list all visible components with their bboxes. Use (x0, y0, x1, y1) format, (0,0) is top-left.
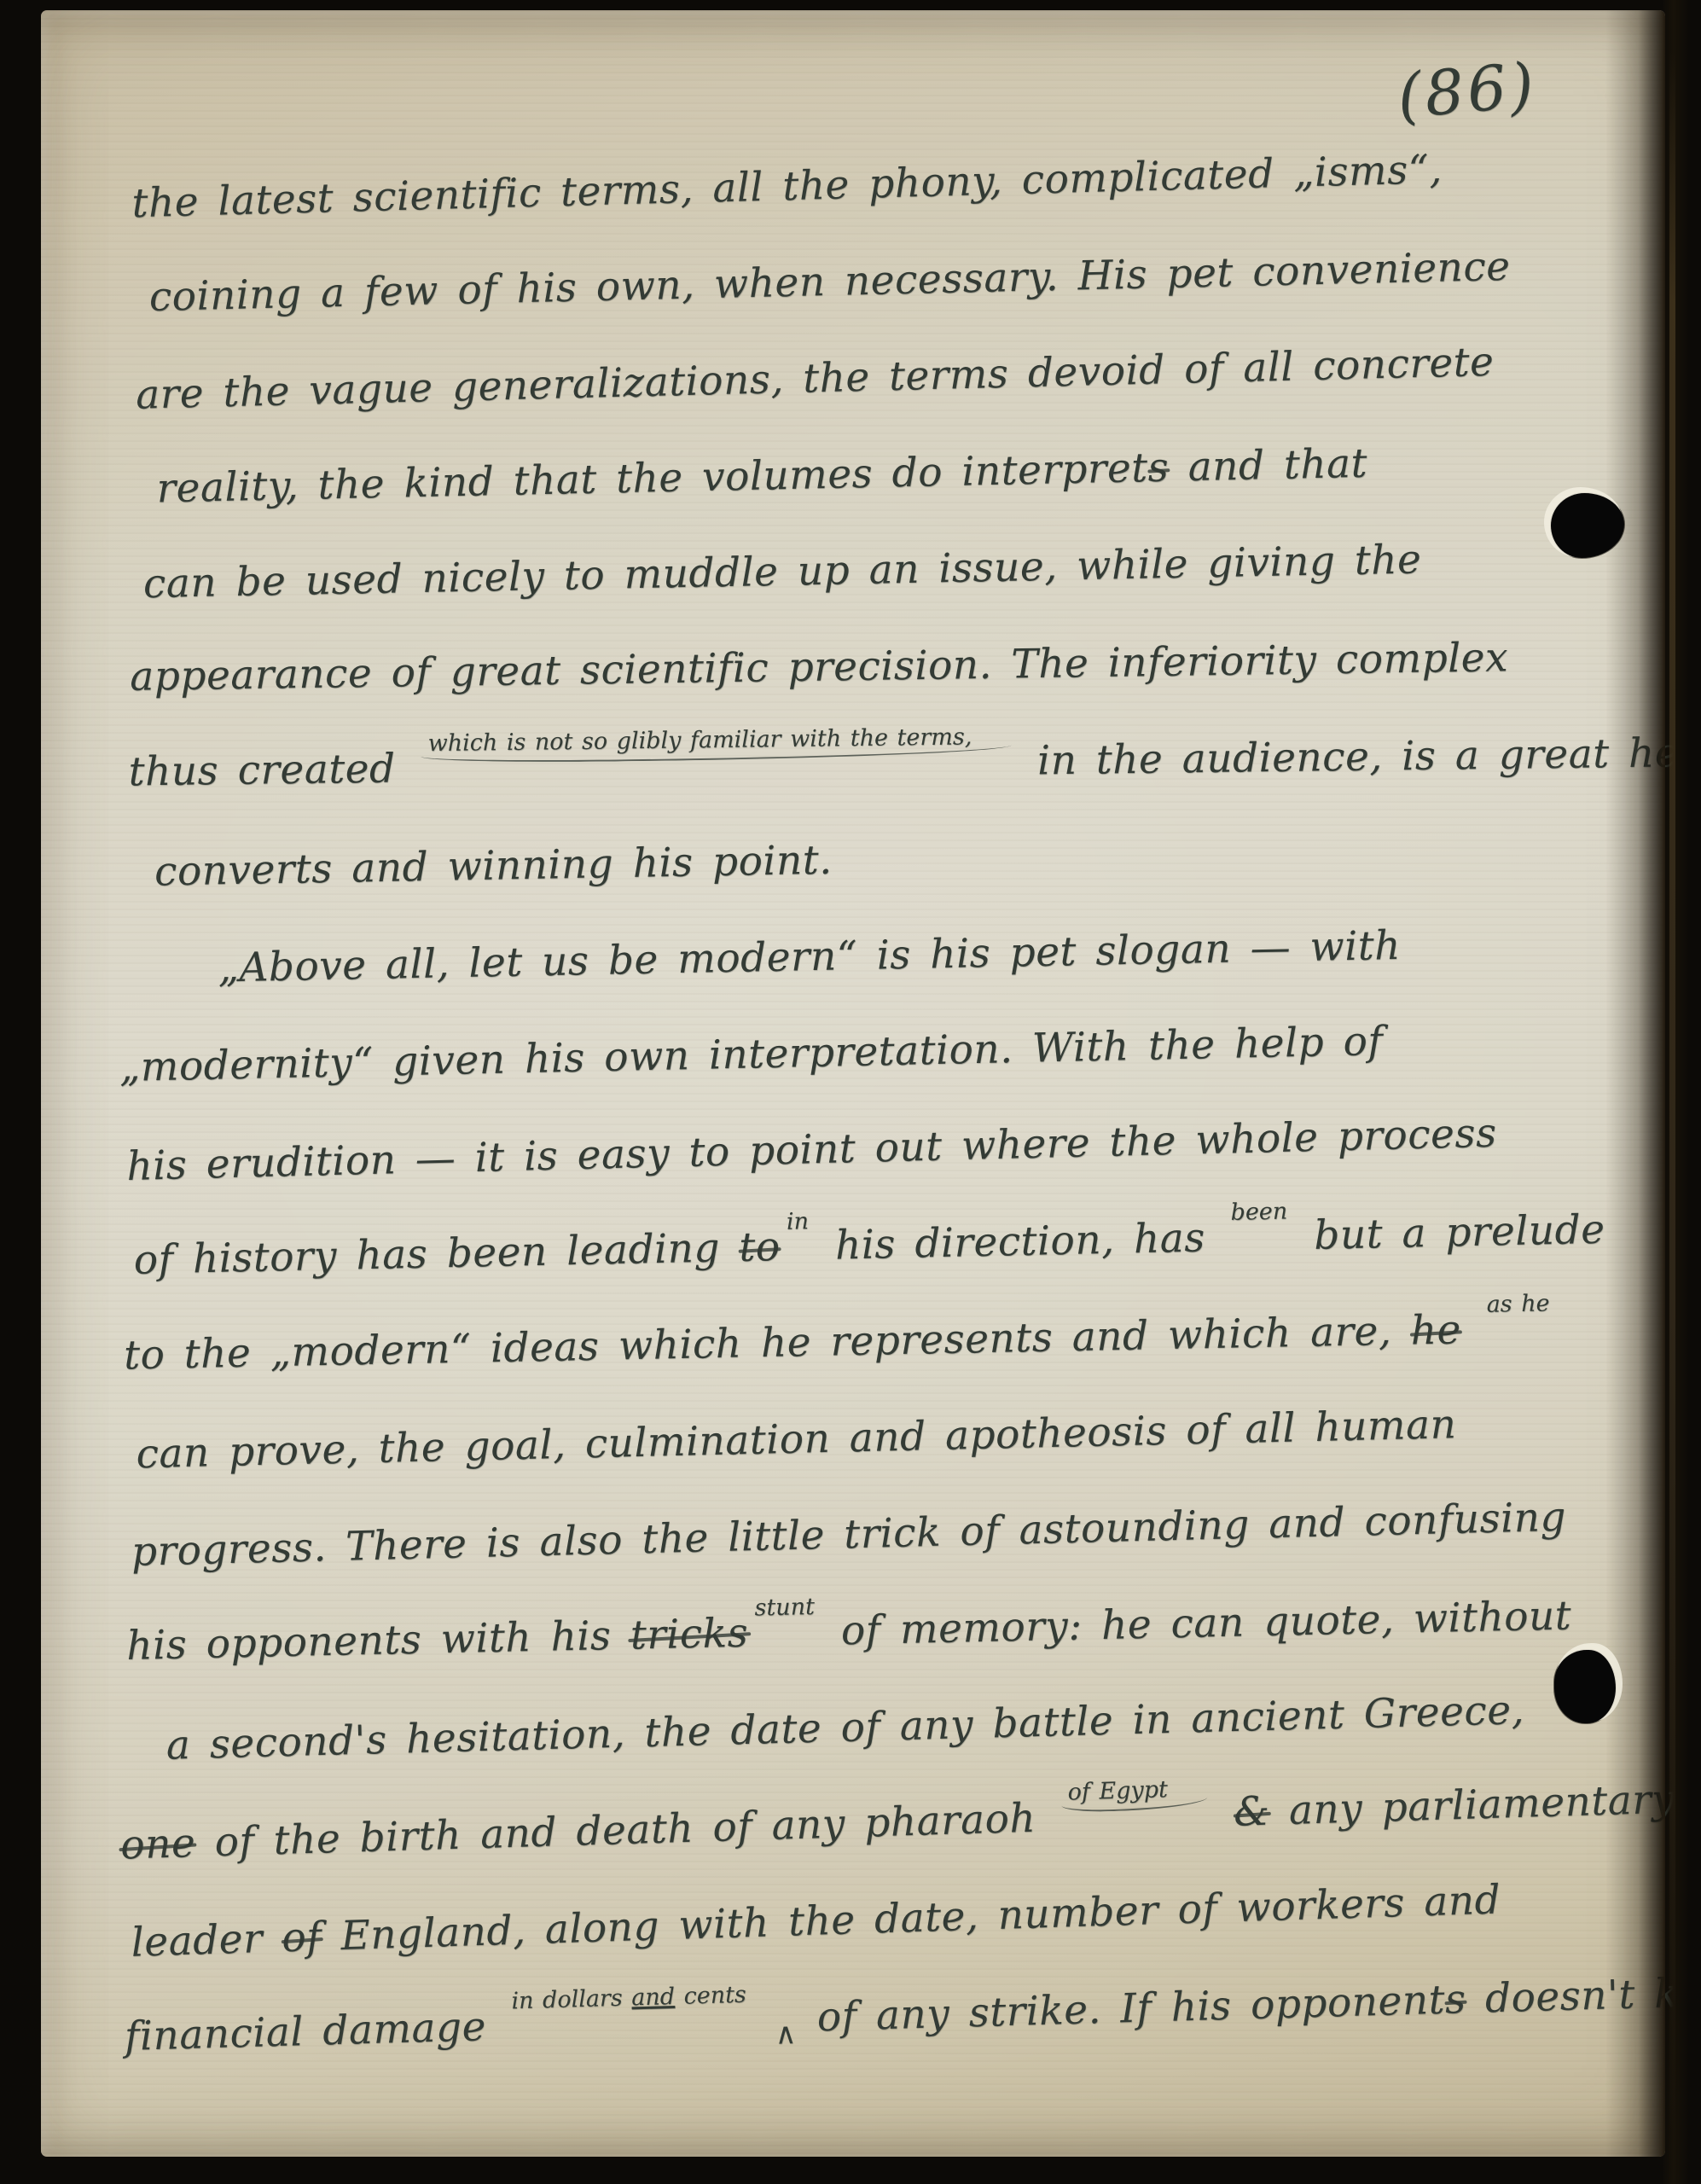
interlinear-insertion: stunt (754, 1595, 815, 1619)
interlinear-insertion-with-line: of Egypt (1060, 1777, 1207, 1813)
interlinear-insertion: as he (1486, 1292, 1549, 1316)
struck-out-word: to (739, 1223, 781, 1271)
interlinear-insertion: in dollars and cents (511, 1984, 746, 2013)
struck-out-word: he (1410, 1306, 1461, 1354)
scan-background: (86) the latest scientific terms, all th… (0, 0, 1701, 2184)
struck-out-word: s (1147, 444, 1170, 492)
manuscript-page: (86) the latest scientific terms, all th… (41, 10, 1665, 2157)
insertion-caret: ∧ (774, 1986, 798, 2083)
manuscript-text-block: the latest scientific terms, all the pho… (126, 134, 1592, 2067)
manuscript-line: appearance of great scientific precision… (130, 608, 1588, 725)
interlinear-insertion: been (1230, 1200, 1287, 1224)
interlinear-insertion-with-line: which is not so glibly familiar with the… (421, 725, 1011, 764)
interlinear-insertion: in (787, 1210, 810, 1234)
punch-hole-bottom (1554, 1650, 1616, 1723)
struck-out-word: & (1233, 1788, 1270, 1836)
struck-out-word: tricks (630, 1610, 748, 1659)
book-edge-shadow (1662, 0, 1701, 2184)
struck-out-word: s (1444, 1976, 1466, 2024)
struck-out-word: of (282, 1914, 322, 1961)
underlined-word: and (631, 1984, 676, 2011)
struck-out-word: one (120, 1820, 196, 1869)
book-spine-highlight (1669, 51, 1675, 2133)
